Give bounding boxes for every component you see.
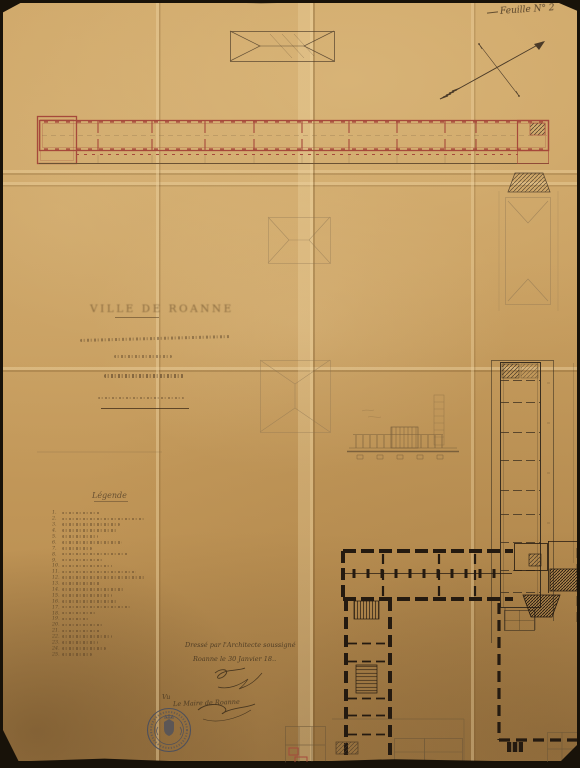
legend-item-number: 25. xyxy=(52,652,60,658)
handwritten-subtitle-line-3 xyxy=(104,374,184,378)
paper-sheet: Feuille N° 2 VILLE DE ROANNE Légende 1.2… xyxy=(2,3,577,761)
mairie-seal-stamp xyxy=(148,709,191,752)
legend-item: 25. xyxy=(52,651,192,657)
scanned-plan-sheet: Feuille N° 2 VILLE DE ROANNE Légende 1.2… xyxy=(0,0,580,768)
legend-title: Légende xyxy=(92,491,192,500)
legend-item-scribble xyxy=(62,518,144,521)
legend-item-number: 17. xyxy=(52,604,60,610)
title-underline xyxy=(115,317,159,318)
legend-item-number: 3. xyxy=(52,522,60,528)
ground-floorplan xyxy=(343,541,580,768)
legend-item-scribble xyxy=(62,594,112,597)
legend-item-scribble xyxy=(62,641,98,644)
scan-background-edge-left xyxy=(0,0,3,768)
legend-item-number: 24. xyxy=(52,646,60,652)
legend-item-scribble xyxy=(62,653,92,656)
legend-item-number: 15. xyxy=(52,593,60,599)
legend-item-scribble xyxy=(62,647,106,650)
first-floor-plan-strip xyxy=(38,117,550,164)
legend-item-scribble xyxy=(62,635,112,638)
legend-item-scribble xyxy=(62,600,118,603)
roof-plan-sketch-top xyxy=(230,31,335,62)
approval-vu: Vu xyxy=(162,693,170,701)
legend-item-number: 13. xyxy=(52,581,60,587)
legend-item-scribble xyxy=(62,565,112,568)
legend-item-number: 23. xyxy=(52,640,60,646)
legend-item-scribble xyxy=(62,559,104,562)
legend-item-scribble xyxy=(62,529,118,532)
elevation-sketch xyxy=(347,395,459,459)
roof-outline-center xyxy=(260,217,331,433)
legend-item-number: 22. xyxy=(52,634,60,640)
legend-item-number: 8. xyxy=(52,551,60,557)
plan-title: VILLE DE ROANNE xyxy=(90,303,232,315)
legend-item-number: 16. xyxy=(52,599,60,605)
roof-plan-sketch-right xyxy=(508,173,550,192)
legend-item-number: 5. xyxy=(52,534,60,540)
architect-note-line2: Roanne le 30 Janvier 18.. xyxy=(193,655,276,663)
handwritten-subtitle-line-2 xyxy=(114,355,172,358)
legend-item-number: 7. xyxy=(52,545,60,551)
legend-block: Légende 1.2.3.4.5.6.7.8.9.10.11.12.13.14… xyxy=(52,491,192,657)
legend-item-scribble xyxy=(62,553,128,556)
scale-rule-line xyxy=(101,408,189,409)
legend-item-scribble xyxy=(62,618,90,621)
legend-item-scribble xyxy=(62,512,100,515)
architect-signature xyxy=(215,668,262,689)
legend-item-number: 14. xyxy=(52,587,60,593)
north-arrow xyxy=(440,41,545,99)
legend-item-scribble xyxy=(62,576,146,579)
legend-title-flourish xyxy=(94,501,128,502)
legend-item-scribble xyxy=(62,630,100,633)
legend-item-scribble xyxy=(62,582,100,585)
legend-item-scribble xyxy=(62,541,122,544)
legend-item-scribble xyxy=(62,547,92,550)
legend-item-scribble xyxy=(62,523,120,526)
legend-item-scribble xyxy=(62,588,124,591)
legend-item-scribble xyxy=(62,606,130,609)
legend-items: 1.2.3.4.5.6.7.8.9.10.11.12.13.14.15.16.1… xyxy=(52,510,192,657)
outbuildings-red-accent xyxy=(289,748,307,764)
handwritten-scale-note xyxy=(98,397,184,399)
roof-outline-right xyxy=(499,191,558,311)
legend-item-scribble xyxy=(62,571,136,574)
legend-item-number: 6. xyxy=(52,540,60,546)
legend-item-scribble xyxy=(62,624,104,627)
legend-item-scribble xyxy=(62,535,98,538)
architect-note-line1: Dressé par l'Architecte soussigné xyxy=(185,641,296,649)
legend-item-number: 4. xyxy=(52,528,60,534)
legend-item-scribble xyxy=(62,612,96,615)
